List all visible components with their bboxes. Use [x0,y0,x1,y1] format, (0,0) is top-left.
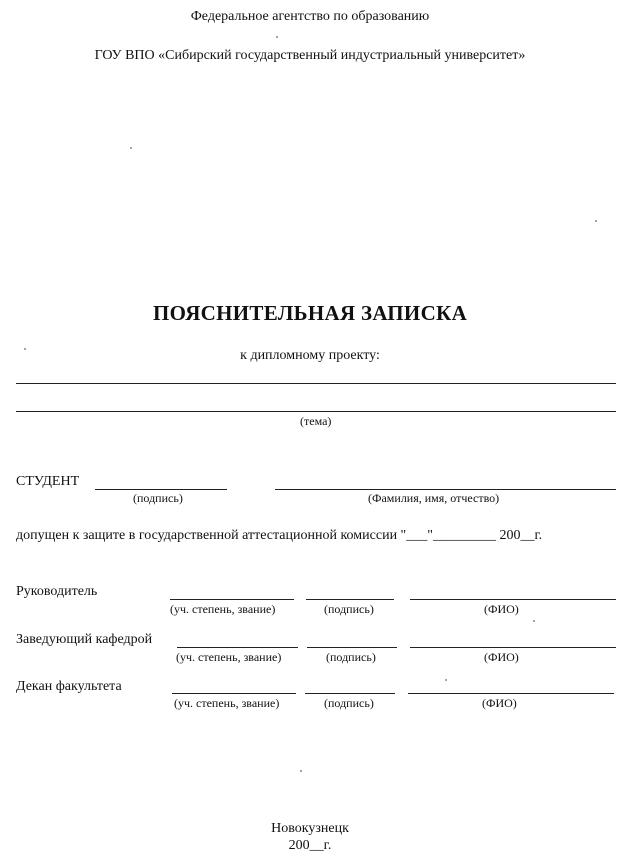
degree-line[interactable] [170,599,294,600]
topic-line-1[interactable] [16,383,616,384]
student-label: СТУДЕНТ [16,474,79,490]
name-caption: (ФИО) [482,696,517,711]
university-name: ГОУ ВПО «Сибирский государственный индус… [0,48,620,64]
document-subtitle: к дипломному проекту: [0,348,620,364]
degree-caption: (уч. степень, звание) [170,602,275,617]
signature-caption: (подпись) [324,696,374,711]
role-label: Декан факультета [16,679,122,695]
scan-speck [445,679,447,681]
student-name-caption: (Фамилия, имя, отчество) [368,491,499,506]
scan-speck [300,770,302,772]
name-caption: (ФИО) [484,602,519,617]
topic-caption: (тема) [300,414,331,429]
signature-line[interactable] [307,647,397,648]
signature-line[interactable] [306,599,394,600]
name-line[interactable] [410,599,616,600]
degree-line[interactable] [172,693,296,694]
student-signature-line[interactable] [95,489,227,490]
signature-caption: (подпись) [324,602,374,617]
name-line[interactable] [410,647,616,648]
degree-caption: (уч. степень, звание) [176,650,281,665]
student-name-line[interactable] [275,489,616,490]
scan-speck [130,147,132,149]
name-caption: (ФИО) [484,650,519,665]
city: Новокузнецк [0,821,620,837]
topic-line-2[interactable] [16,411,616,412]
scan-speck [276,36,278,38]
agency-name: Федеральное агентство по образованию [0,9,620,25]
admission-statement: допущен к защите в государственной аттес… [16,528,542,544]
scan-speck [533,620,535,622]
student-signature-caption: (подпись) [133,491,183,506]
name-line[interactable] [408,693,614,694]
scan-speck [595,220,597,222]
degree-line[interactable] [177,647,298,648]
document-title: ПОЯСНИТЕЛЬНАЯ ЗАПИСКА [0,301,620,326]
scan-speck [24,348,26,350]
signature-caption: (подпись) [326,650,376,665]
year: 200__г. [0,838,620,854]
role-label: Заведующий кафедрой [16,632,152,648]
role-label: Руководитель [16,584,97,600]
signature-line[interactable] [305,693,395,694]
degree-caption: (уч. степень, звание) [174,696,279,711]
